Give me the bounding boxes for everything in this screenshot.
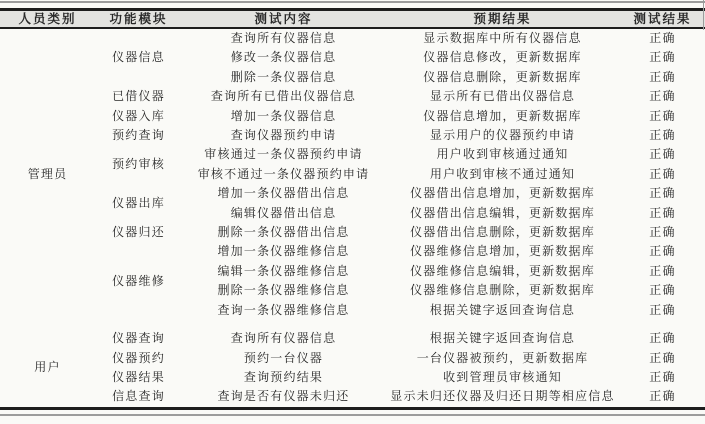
result-cell: 正确 — [620, 301, 705, 320]
expected-cell: 仪器维修信息删除，更新数据库 — [385, 281, 620, 300]
category-cell: 管理员 — [0, 28, 95, 320]
expected-cell: 根据关键字返回查询信息 — [385, 320, 620, 348]
expected-cell: 显示未归还仪器及归还日期等相应信息 — [385, 387, 620, 408]
result-cell: 正确 — [620, 184, 705, 203]
result-cell: 正确 — [620, 48, 705, 67]
expected-cell: 仪器借出信息增加，更新数据库 — [385, 184, 620, 203]
result-cell: 正确 — [620, 126, 705, 145]
right-edge-scan-artifact — [703, 0, 704, 30]
result-cell: 正确 — [620, 145, 705, 164]
module-cell: 信息查询 — [95, 387, 182, 408]
module-cell: 仪器入库 — [95, 107, 182, 126]
table-row: 预约审核 审核通过一条仪器预约申请 用户收到审核通过通知 正确 — [0, 145, 705, 164]
expected-cell: 根据关键字返回查询信息 — [385, 301, 620, 320]
content-cell: 删除一条仪器借出信息 — [182, 223, 385, 242]
module-cell: 仪器结果 — [95, 368, 182, 387]
result-cell: 正确 — [620, 28, 705, 48]
expected-cell: 显示用户的仪器预约申请 — [385, 126, 620, 145]
content-cell: 编辑一条仪器维修信息 — [182, 262, 385, 281]
table-row: 仪器入库 增加一条仪器信息 仪器信息增加，更新数据库 正确 — [0, 107, 705, 126]
content-cell: 增加一条仪器借出信息 — [182, 184, 385, 203]
table-row: 预约查询 查询仪器预约申请 显示用户的仪器预约申请 正确 — [0, 126, 705, 145]
module-cell: 预约审核 — [95, 145, 182, 184]
expected-cell: 收到管理员审核通知 — [385, 368, 620, 387]
expected-cell: 仪器维修信息编辑，更新数据库 — [385, 262, 620, 281]
result-cell: 正确 — [620, 368, 705, 387]
content-cell: 查询所有仪器信息 — [182, 28, 385, 48]
module-cell: 仪器预约 — [95, 349, 182, 368]
table-row: 仪器出库 增加一条仪器借出信息 仪器借出信息增加，更新数据库 正确 — [0, 184, 705, 203]
header-row: 人员类别 功能模块 测试内容 预期结果 测试结果 — [0, 10, 705, 29]
module-cell: 预约查询 — [95, 126, 182, 145]
result-cell: 正确 — [620, 281, 705, 300]
table-row: 仪器归还 删除一条仪器借出信息 仪器借出信息删除，更新数据库 正确 — [0, 223, 705, 242]
content-cell: 查询所有已借出仪器信息 — [182, 87, 385, 106]
table-row: 仪器结果 查询预约结果 收到管理员审核通知 正确 — [0, 368, 705, 387]
content-cell: 增加一条仪器信息 — [182, 107, 385, 126]
result-cell: 正确 — [620, 87, 705, 106]
module-cell: 仪器维修 — [95, 242, 182, 320]
table-body: 管理员 仪器信息 查询所有仪器信息 显示数据库中所有仪器信息 正确 修改一条仪器… — [0, 28, 705, 408]
table-row: 用户 仪器查询 查询所有仪器信息 根据关键字返回查询信息 正确 — [0, 320, 705, 348]
content-cell: 查询一条仪器维修信息 — [182, 301, 385, 320]
content-cell: 编辑仪器借出信息 — [182, 204, 385, 223]
result-cell: 正确 — [620, 320, 705, 348]
table-header: 人员类别 功能模块 测试内容 预期结果 测试结果 — [0, 10, 705, 29]
table-row: 已借仪器 查询所有已借出仪器信息 显示所有已借出仪器信息 正确 — [0, 87, 705, 106]
content-cell: 增加一条仪器维修信息 — [182, 242, 385, 261]
col-header-test-content: 测试内容 — [182, 10, 385, 29]
top-scan-rule — [0, 1, 705, 3]
content-cell: 删除一条仪器维修信息 — [182, 281, 385, 300]
expected-cell: 一台仪器被预约，更新数据库 — [385, 349, 620, 368]
col-header-expected-result: 预期结果 — [385, 10, 620, 29]
expected-cell: 仪器借出信息编辑，更新数据库 — [385, 204, 620, 223]
table-row: 管理员 仪器信息 查询所有仪器信息 显示数据库中所有仪器信息 正确 — [0, 28, 705, 48]
col-header-personnel-category: 人员类别 — [0, 10, 95, 29]
expected-cell: 显示数据库中所有仪器信息 — [385, 28, 620, 48]
content-cell: 查询所有仪器信息 — [182, 320, 385, 348]
expected-cell: 用户收到审核通过通知 — [385, 145, 620, 164]
content-cell: 审核通过一条仪器预约申请 — [182, 145, 385, 164]
result-cell: 正确 — [620, 262, 705, 281]
expected-cell: 仪器信息修改，更新数据库 — [385, 48, 620, 67]
content-cell: 预约一台仪器 — [182, 349, 385, 368]
bottom-scan-rule — [0, 414, 705, 416]
content-cell: 删除一条仪器信息 — [182, 68, 385, 87]
test-results-table: 人员类别 功能模块 测试内容 预期结果 测试结果 管理员 仪器信息 查询所有仪器… — [0, 8, 705, 410]
table-row: 仪器维修 增加一条仪器维修信息 仪器维修信息增加，更新数据库 正确 — [0, 242, 705, 261]
module-cell: 仪器信息 — [95, 28, 182, 87]
result-cell: 正确 — [620, 165, 705, 184]
content-cell: 修改一条仪器信息 — [182, 48, 385, 67]
col-header-test-result: 测试结果 — [620, 10, 705, 29]
content-cell: 查询是否有仪器未归还 — [182, 387, 385, 408]
expected-cell: 显示所有已借出仪器信息 — [385, 87, 620, 106]
result-cell: 正确 — [620, 107, 705, 126]
content-cell: 查询预约结果 — [182, 368, 385, 387]
result-cell: 正确 — [620, 349, 705, 368]
expected-cell: 用户收到审核不通过通知 — [385, 165, 620, 184]
result-cell: 正确 — [620, 223, 705, 242]
expected-cell: 仪器维修信息增加，更新数据库 — [385, 242, 620, 261]
expected-cell: 仪器信息增加，更新数据库 — [385, 107, 620, 126]
content-cell: 审核不通过一条仪器预约申请 — [182, 165, 385, 184]
module-cell: 已借仪器 — [95, 87, 182, 106]
result-cell: 正确 — [620, 387, 705, 408]
result-cell: 正确 — [620, 242, 705, 261]
result-cell: 正确 — [620, 204, 705, 223]
category-cell: 用户 — [0, 320, 95, 408]
result-cell: 正确 — [620, 68, 705, 87]
module-cell: 仪器归还 — [95, 223, 182, 242]
table-row: 仪器预约 预约一台仪器 一台仪器被预约，更新数据库 正确 — [0, 349, 705, 368]
expected-cell: 仪器信息删除，更新数据库 — [385, 68, 620, 87]
content-cell: 查询仪器预约申请 — [182, 126, 385, 145]
expected-cell: 仪器借出信息删除，更新数据库 — [385, 223, 620, 242]
table-row: 信息查询 查询是否有仪器未归还 显示未归还仪器及归还日期等相应信息 正确 — [0, 387, 705, 408]
module-cell: 仪器查询 — [95, 320, 182, 348]
scanned-table-page: 人员类别 功能模块 测试内容 预期结果 测试结果 管理员 仪器信息 查询所有仪器… — [0, 0, 705, 424]
col-header-function-module: 功能模块 — [95, 10, 182, 29]
module-cell: 仪器出库 — [95, 184, 182, 223]
